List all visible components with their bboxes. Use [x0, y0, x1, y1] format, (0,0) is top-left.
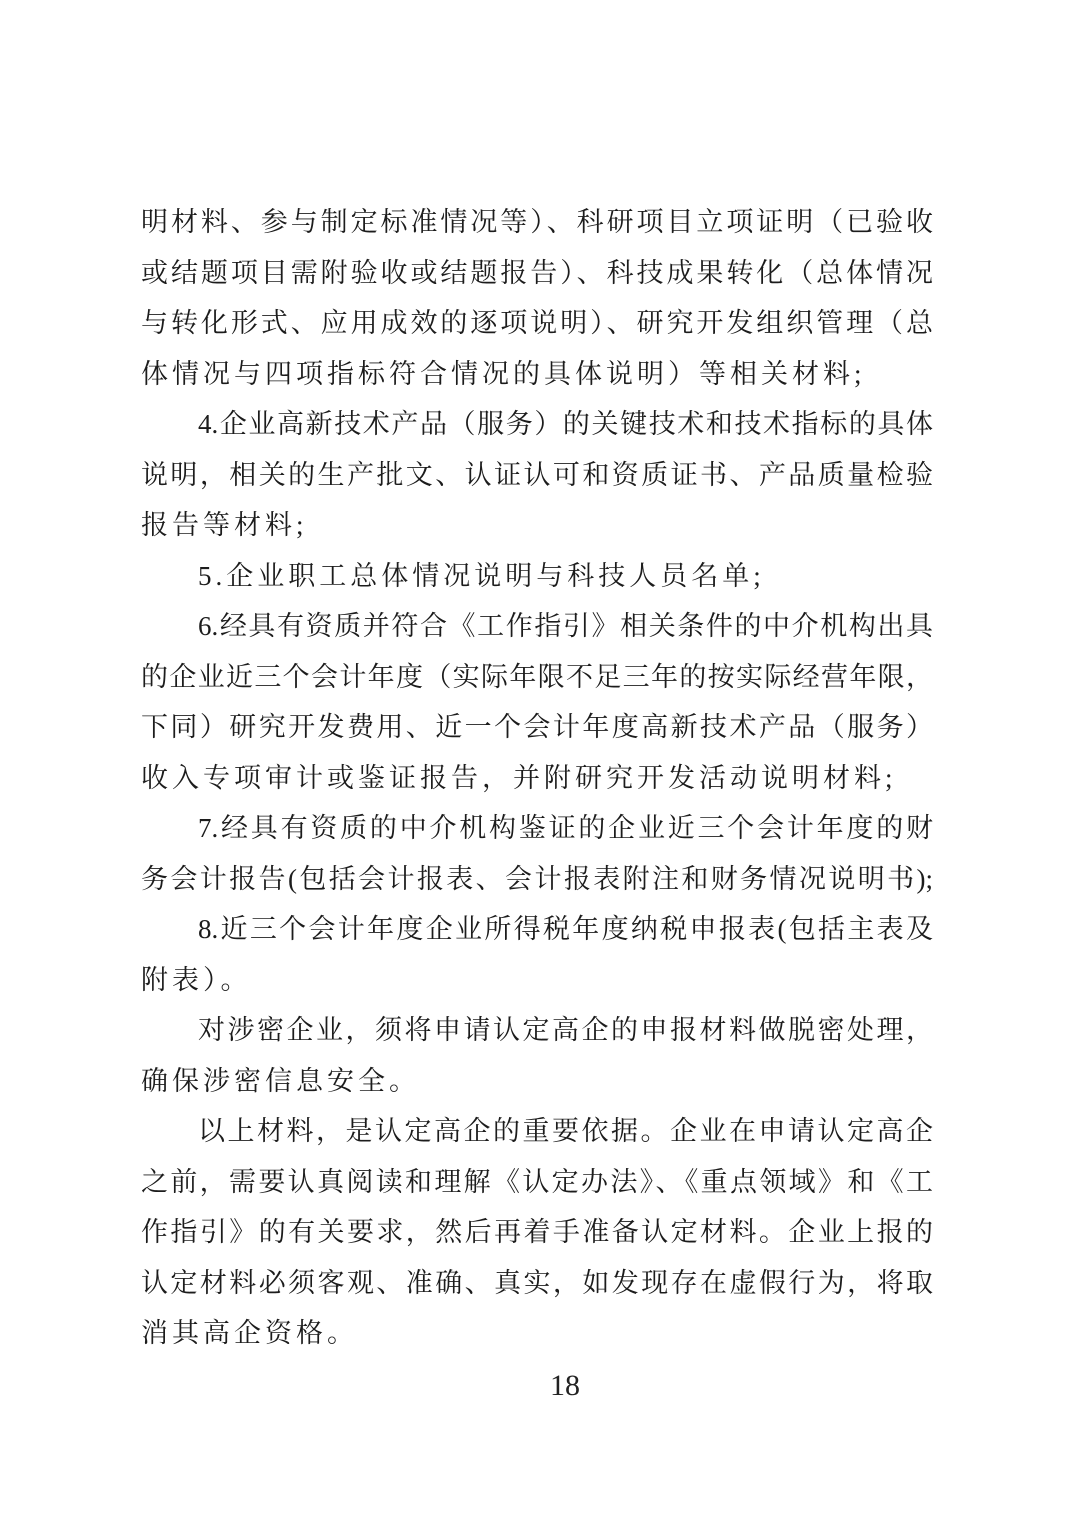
text-line: 7.经具有资质的中介机构鉴证的企业近三个会计年度的财: [141, 803, 933, 854]
text-line: 下同）研究开发费用、近一个会计年度高新技术产品（服务）: [141, 702, 933, 753]
text-line: 5.企业职工总体情况说明与科技人员名单;: [141, 551, 933, 602]
text-line: 说明，相关的生产批文、认证认可和资质证书、产品质量检验: [141, 450, 933, 501]
text-line: 认定材料必须客观、准确、真实，如发现存在虚假行为，将取: [141, 1258, 933, 1309]
text-line: 确保涉密信息安全。: [141, 1056, 933, 1107]
text-line: 明材料、参与制定标准情况等）、科研项目立项证明（已验收: [141, 197, 933, 248]
text-line: 以上材料，是认定高企的重要依据。企业在申请认定高企: [141, 1106, 933, 1157]
text-line: 附表）。: [141, 955, 933, 1006]
text-line: 8.近三个会计年度企业所得税年度纳税申报表(包括主表及: [141, 904, 933, 955]
text-line: 务会计报告(包括会计报表、会计报表附注和财务情况说明书);: [141, 854, 933, 905]
text-line: 6.经具有资质并符合《工作指引》相关条件的中介机构出具: [141, 601, 933, 652]
document-body: 明材料、参与制定标准情况等）、科研项目立项证明（已验收 或结题项目需附验收或结题…: [141, 197, 933, 1359]
text-line: 报告等材料;: [141, 500, 933, 551]
text-line: 的企业近三个会计年度（实际年限不足三年的按实际经营年限，: [141, 652, 933, 703]
text-line: 之前，需要认真阅读和理解《认定办法》、《重点领域》和《工: [141, 1157, 933, 1208]
text-line: 对涉密企业，须将申请认定高企的申报材料做脱密处理，: [141, 1005, 933, 1056]
text-line: 4.企业高新技术产品（服务）的关键技术和技术指标的具体: [141, 399, 933, 450]
text-line: 收入专项审计或鉴证报告，并附研究开发活动说明材料;: [141, 753, 933, 804]
document-page: 明材料、参与制定标准情况等）、科研项目立项证明（已验收 或结题项目需附验收或结题…: [0, 0, 1074, 1520]
text-line: 与转化形式、应用成效的逐项说明）、研究开发组织管理（总: [141, 298, 933, 349]
page-number: 18: [531, 1366, 599, 1406]
text-line: 体情况与四项指标符合情况的具体说明）等相关材料;: [141, 349, 933, 400]
text-line: 或结题项目需附验收或结题报告）、科技成果转化（总体情况: [141, 248, 933, 299]
text-line: 作指引》的有关要求，然后再着手准备认定材料。企业上报的: [141, 1207, 933, 1258]
text-line: 消其高企资格。: [141, 1308, 933, 1359]
